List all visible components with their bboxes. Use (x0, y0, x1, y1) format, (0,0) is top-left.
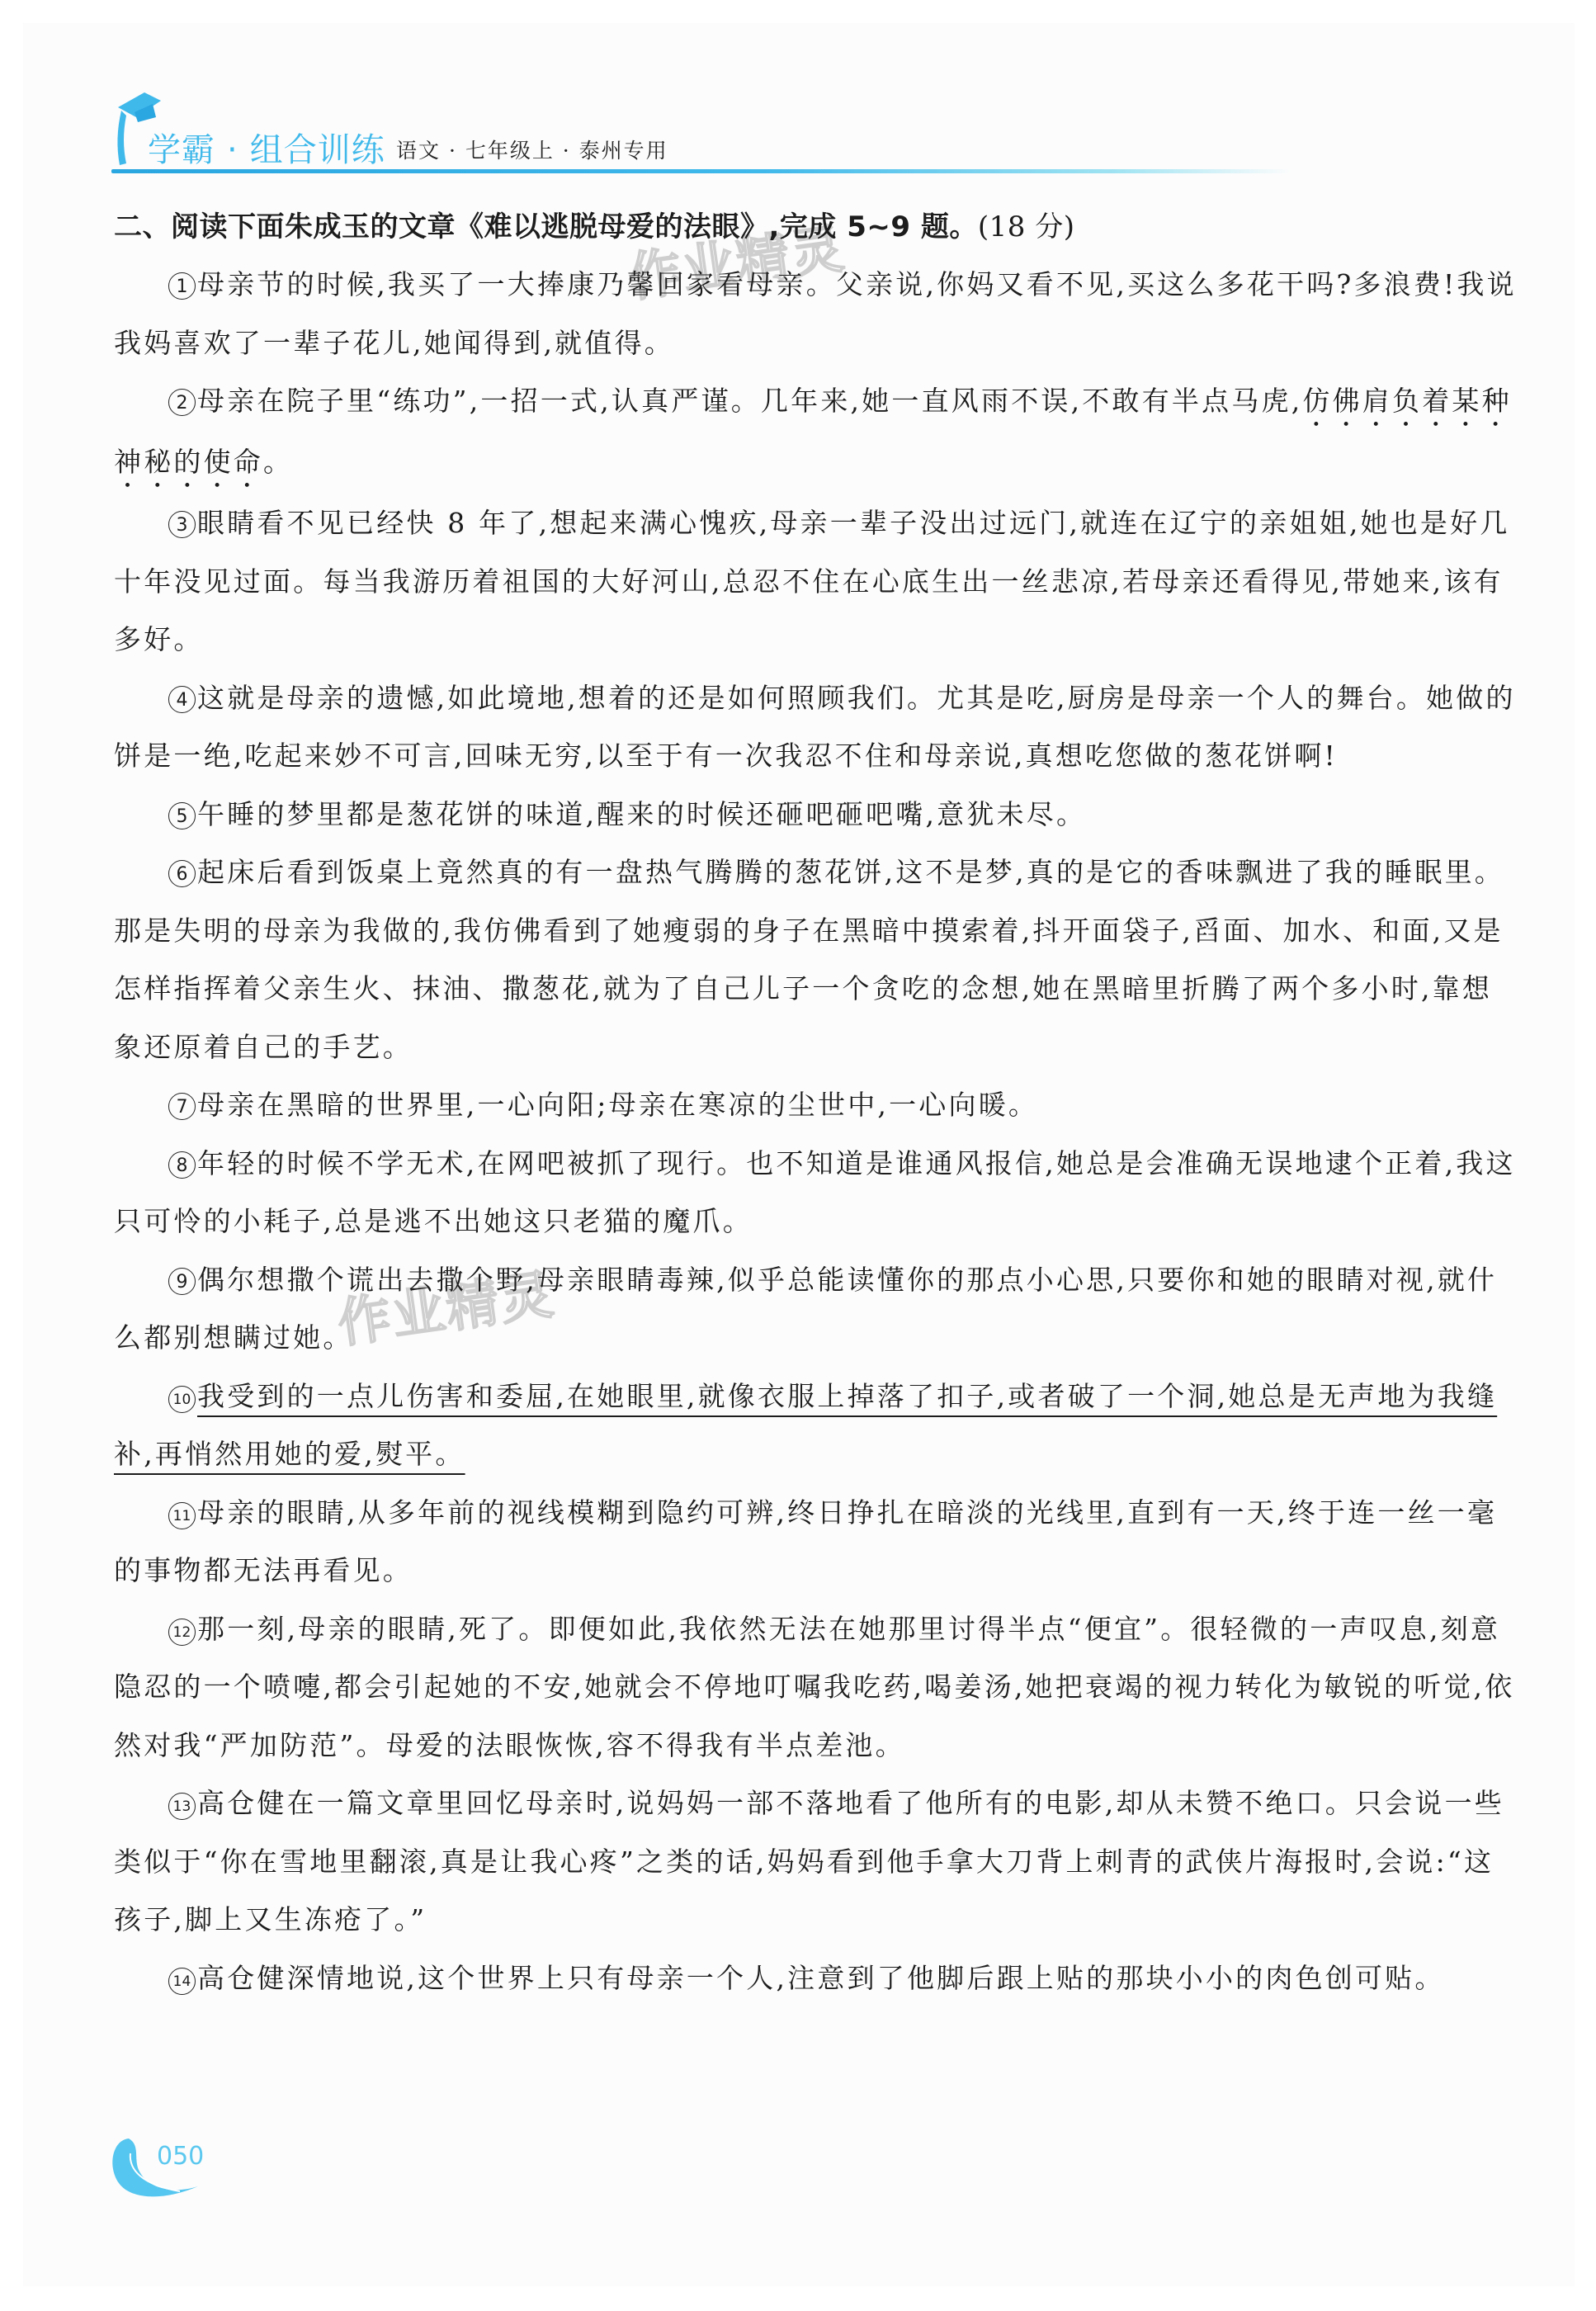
book-subtitle: 语文 · 七年级上 · 泰州专用 (396, 135, 668, 164)
paragraph-11: 11母亲的眼睛,从多年前的视线模糊到隐约可辨,终日挣扎在暗淡的光线里,直到有一天… (114, 1484, 1518, 1600)
paragraph-text: 那一刻,母亲的眼睛,死了。即便如此,我依然无法在她那里讨得半点“便宜”。很轻微的… (114, 1613, 1514, 1761)
paragraph-number: 5 (168, 802, 196, 829)
paragraph-text: 午睡的梦里都是葱花饼的味道,醒来的时候还砸吧砸吧嘴,意犹未尽。 (197, 798, 1086, 830)
paragraph-text: 母亲在院子里“练功”,一招一式,认真严谨。几年来,她一直风雨不误,不敢有半点马虎… (197, 385, 1302, 417)
paragraph-8: 8年轻的时候不学无术,在网吧被抓了现行。也不知道是谁通风报信,她总是会准确无误地… (114, 1135, 1518, 1251)
question-title: 二、阅读下面朱成玉的文章《难以逃脱母爱的法眼》,完成 5~9 题。(18 分) (114, 198, 1518, 256)
question-instruction: 二、阅读下面朱成玉的文章《难以逃脱母爱的法眼》,完成 5~9 题。 (114, 210, 978, 243)
paragraph-number: 4 (168, 686, 196, 713)
paragraph-6: 6起床后看到饭桌上竟然真的有一盘热气腾腾的葱花饼,这不是梦,真的是它的香味飘进了… (114, 844, 1518, 1076)
paragraph-number: 12 (168, 1619, 196, 1646)
paragraph-2: 2母亲在院子里“练功”,一招一式,认真严谨。几年来,她一直风雨不误,不敢有半点马… (114, 372, 1518, 494)
paragraph-number: 6 (168, 860, 196, 887)
paragraph-text: 年轻的时候不学无术,在网吧被抓了现行。也不知道是谁通风报信,她总是会准确无误地逮… (114, 1147, 1516, 1238)
paragraph-number: 13 (168, 1793, 196, 1820)
paragraph-14: 14高仓健深情地说,这个世界上只有母亲一个人,注意到了他脚后跟上贴的那块小小的肉… (114, 1949, 1518, 2008)
paragraph-4: 4这就是母亲的遗憾,如此境地,想着的还是如何照顾我们。尤其是吃,厨房是母亲一个人… (114, 669, 1518, 786)
paragraph-text: 母亲节的时候,我买了一大捧康乃馨回家看母亲。父亲说,你妈又看不见,买这么多花干吗… (114, 268, 1517, 359)
paragraph-number: 1 (168, 272, 196, 300)
page-header: 学霸·组合训练 语文 · 七年级上 · 泰州专用 (111, 89, 1349, 163)
paragraph-text: 眼睛看不见已经快 8 年了,想起来满心愧疚,母亲一辈子没出过远门,就连在辽宁的亲… (114, 507, 1510, 655)
paragraph-number: 11 (168, 1502, 196, 1529)
paragraph-1: 1母亲节的时候,我买了一大捧康乃馨回家看母亲。父亲说,你妈又看不见,买这么多花干… (114, 256, 1518, 372)
paragraph-10: 10我受到的一点儿伤害和委屈,在她眼里,就像衣服上掉落了扣子,或者破了一个洞,她… (114, 1368, 1518, 1484)
paragraph-9: 9偶尔想撒个谎出去撒个野,母亲眼睛毒辣,似乎总能读懂你的那点小心思,只要你和她的… (114, 1251, 1518, 1368)
paragraph-text: 母亲的眼睛,从多年前的视线模糊到隐约可辨,终日挣扎在暗淡的光线里,直到有一天,终… (114, 1496, 1497, 1587)
question-score: (18 分) (978, 210, 1075, 243)
brand-title: 学霸·组合训练 (148, 124, 385, 171)
paragraph-12: 12那一刻,母亲的眼睛,死了。即便如此,我依然无法在她那里讨得半点“便宜”。很轻… (114, 1600, 1518, 1775)
paragraph-number: 10 (168, 1386, 196, 1413)
paragraph-7: 7母亲在黑暗的世界里,一心向阳;母亲在寒凉的尘世中,一心向暖。 (114, 1076, 1518, 1135)
paragraph-number: 2 (168, 389, 196, 416)
header-divider (111, 169, 1291, 173)
paragraph-number: 3 (168, 511, 196, 538)
paragraph-text: 起床后看到饭桌上竟然真的有一盘热气腾腾的葱花饼,这不是梦,真的是它的香味飘进了我… (114, 856, 1504, 1063)
underlined-sentence: 我受到的一点儿伤害和委屈,在她眼里,就像衣服上掉落了扣子,或者破了一个洞,她总是… (114, 1380, 1497, 1471)
series-name: 组合训练 (250, 131, 385, 169)
paragraph-text: 母亲在黑暗的世界里,一心向阳;母亲在寒凉的尘世中,一心向暖。 (197, 1089, 1038, 1121)
page-number: 050 (157, 2142, 204, 2171)
brand-separator: · (227, 131, 238, 169)
paragraph-text: 高仓健在一篇文章里回忆母亲时,说妈妈一部不落地看了他所有的电影,却从未赞不绝口。… (114, 1787, 1504, 1935)
reading-passage: 二、阅读下面朱成玉的文章《难以逃脱母爱的法眼》,完成 5~9 题。(18 分) … (114, 198, 1518, 2007)
paragraph-13: 13高仓健在一篇文章里回忆母亲时,说妈妈一部不落地看了他所有的电影,却从未赞不绝… (114, 1775, 1518, 1949)
paragraph-number: 9 (168, 1268, 196, 1295)
paragraph-3: 3眼睛看不见已经快 8 年了,想起来满心愧疚,母亲一辈子没出过远门,就连在辽宁的… (114, 494, 1518, 669)
paragraph-5: 5午睡的梦里都是葱花饼的味道,醒来的时候还砸吧砸吧嘴,意犹未尽。 (114, 786, 1518, 844)
paragraph-text: 这就是母亲的遗憾,如此境地,想着的还是如何照顾我们。尤其是吃,厨房是母亲一个人的… (114, 682, 1516, 773)
paragraph-number: 8 (168, 1151, 196, 1179)
paragraph-text: 偶尔想撒个谎出去撒个野,母亲眼睛毒辣,似乎总能读懂你的那点小心思,只要你和她的眼… (114, 1264, 1497, 1354)
paragraph-number: 14 (168, 1968, 196, 1995)
paragraph-text: 高仓健深情地说,这个世界上只有母亲一个人,注意到了他脚后跟上贴的那块小小的肉色创… (197, 1962, 1445, 1994)
paragraph-text: 。 (263, 446, 293, 478)
brand-name: 学霸 (148, 131, 215, 169)
paragraph-number: 7 (168, 1093, 196, 1120)
